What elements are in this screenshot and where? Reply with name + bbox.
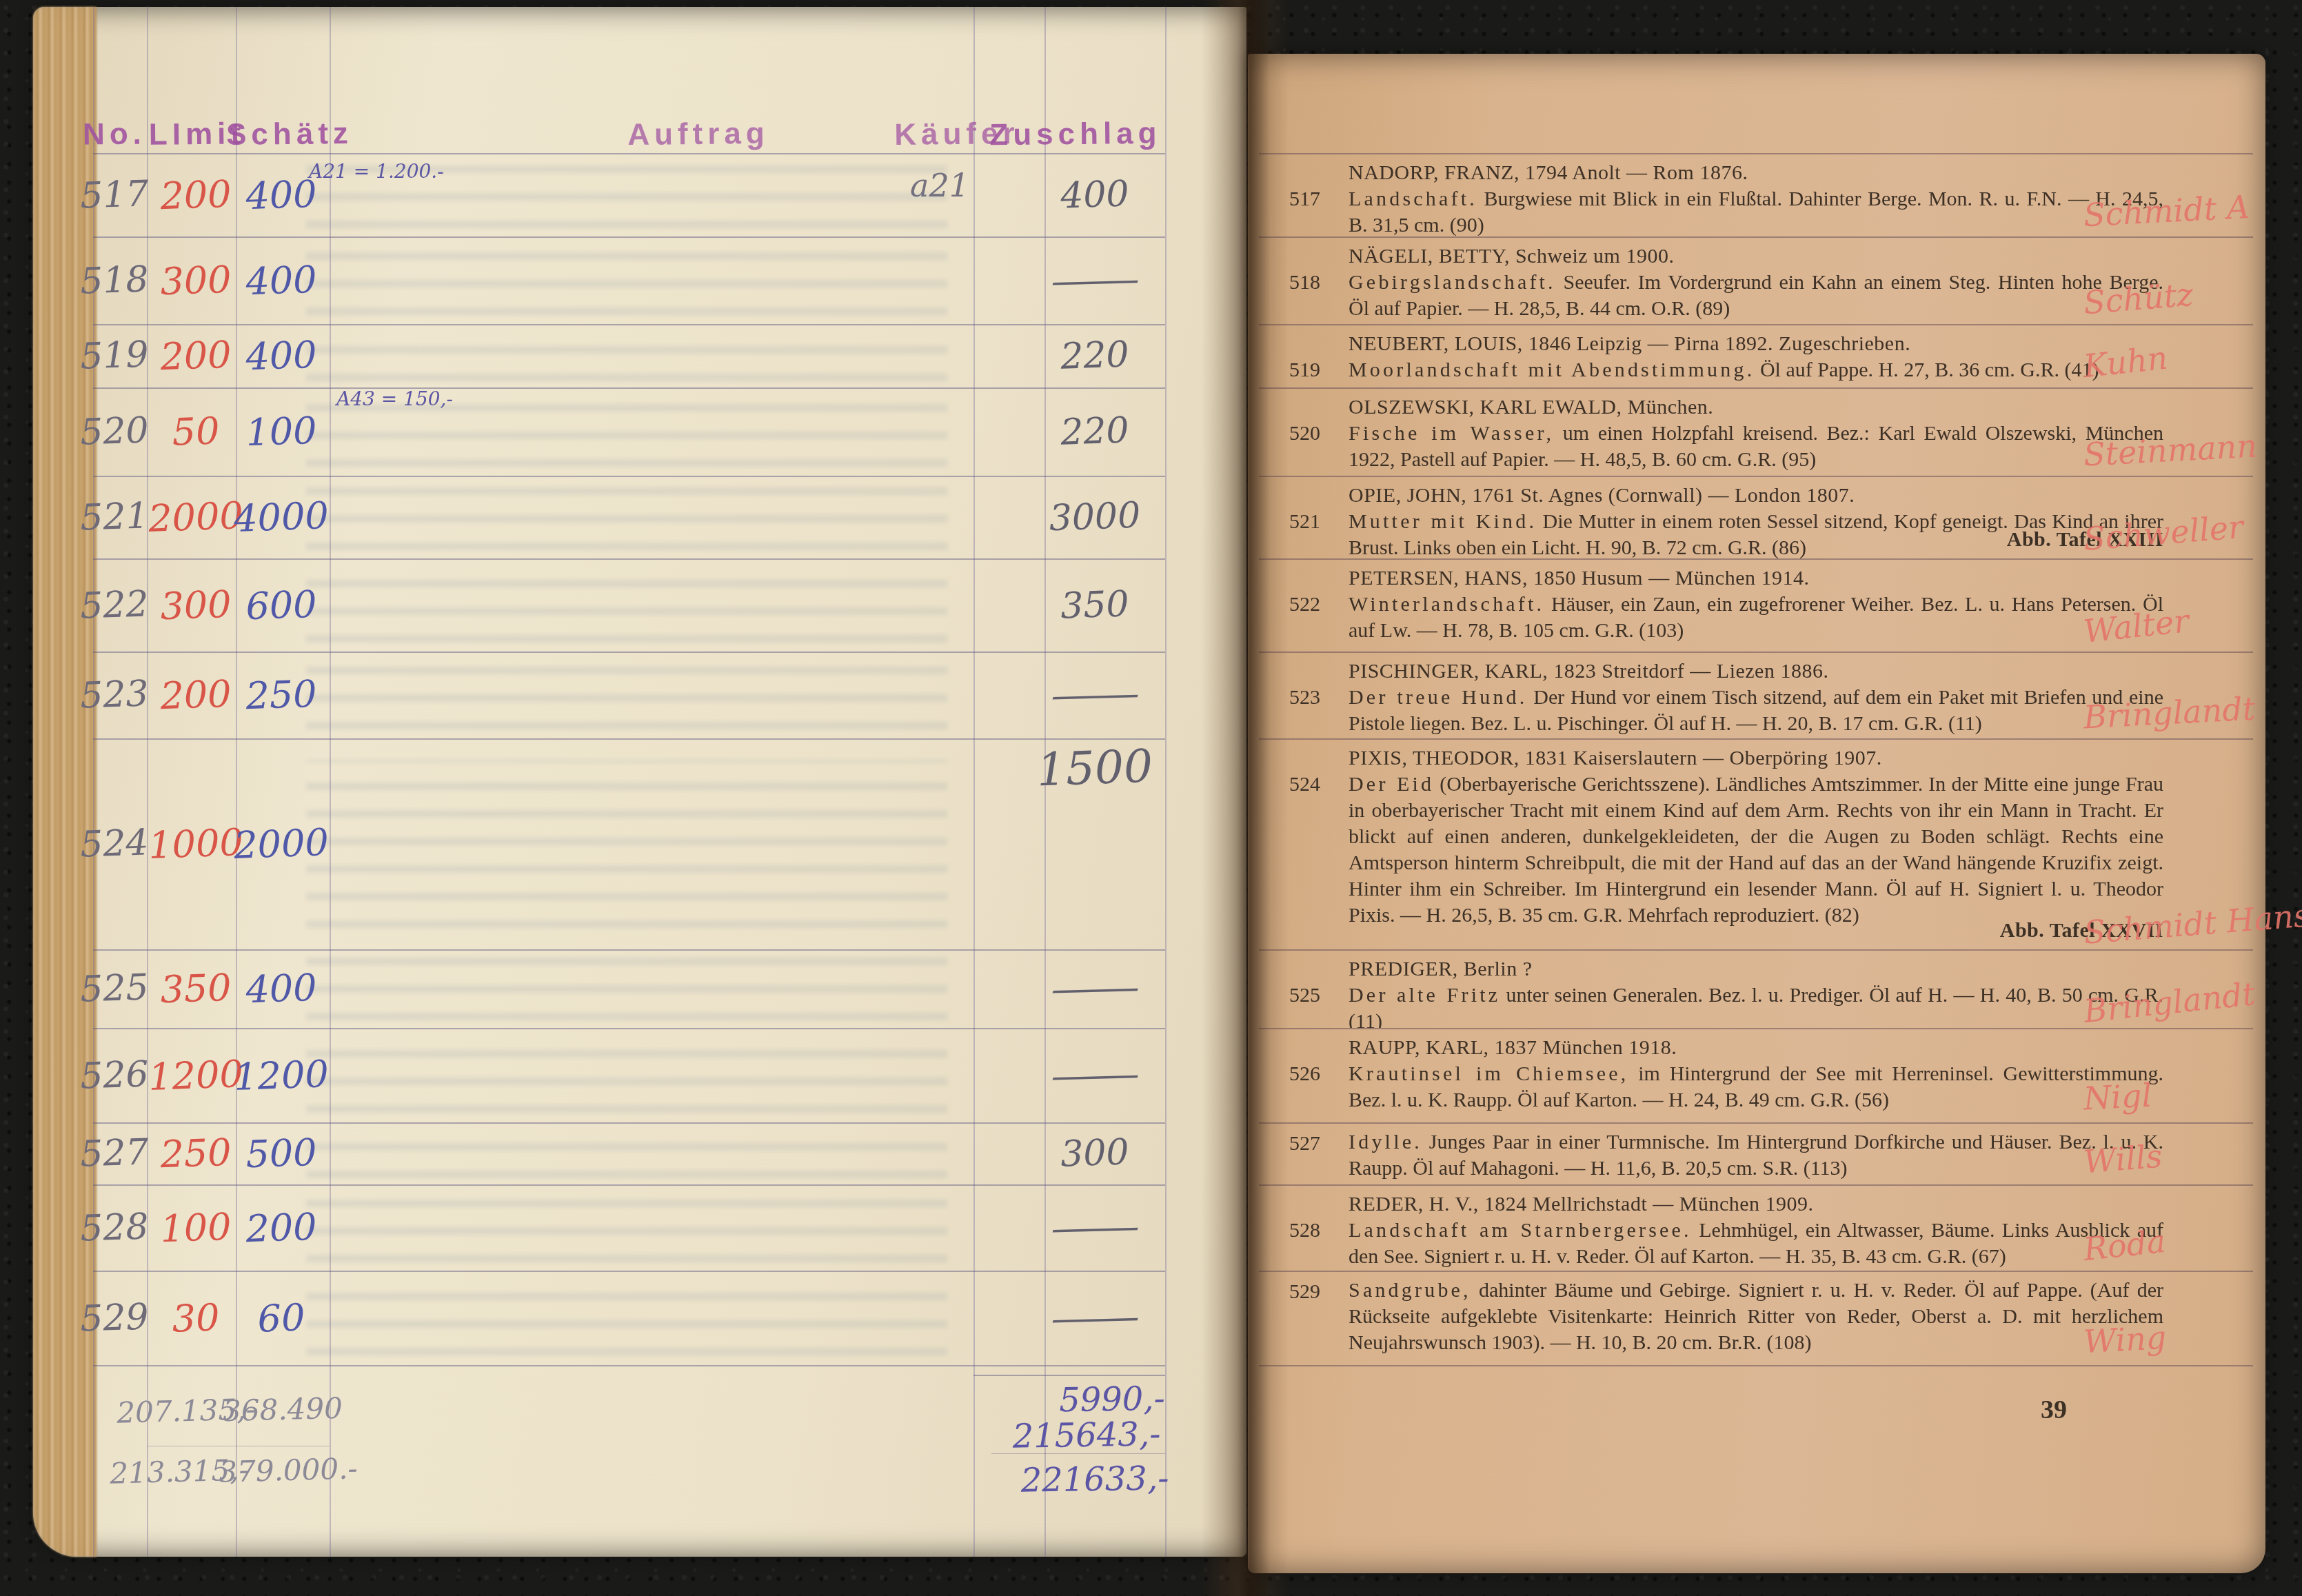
ink-bleed-through	[306, 1129, 947, 1178]
lot-details: (Oberbayerische Gerichtsszene). Ländlich…	[1349, 773, 2163, 927]
lot-description: Landschaft. Burgwiese mit Blick in ein F…	[1349, 186, 2163, 236]
ledger-row: 518 300 400 —	[33, 236, 1246, 324]
ledger-cell-limit: 1200	[148, 1052, 244, 1099]
ink-bleed-through	[306, 1280, 947, 1356]
ledger-row: 523 200 250 —	[33, 651, 1246, 738]
ink-bleed-through	[306, 161, 947, 228]
ledger-cell-schaetz: 500	[245, 1131, 317, 1177]
ledger-cell-limit: 300	[159, 257, 232, 303]
lot-title: Idylle.	[1349, 1131, 1422, 1153]
ledger-row: 520 50 100 220	[33, 387, 1246, 476]
lot-details: Öl auf Pappe. H. 27, B. 36 cm. G.R. (41)	[1760, 358, 2099, 381]
ledger-cell-zuschlag: 3000	[1049, 495, 1141, 540]
ledger-row: 522 300 600 350	[33, 558, 1246, 651]
ledger-cell-schaetz: 250	[245, 672, 317, 718]
ledger-cell-schaetz: 400	[245, 966, 317, 1012]
artist-line: PETERSEN, HANS, 1850 Husum — München 191…	[1349, 565, 2265, 592]
ledger-hrule	[93, 324, 1165, 325]
zuschlag-grand-total: 221633,-	[1020, 1459, 1169, 1500]
ledger-cell-no: 521	[79, 495, 149, 538]
ledger-hrule	[93, 738, 1165, 740]
lot-description: Landschaft am Starnbergersee. Lehmhügel,…	[1349, 1218, 2163, 1270]
ledger-cell-no: 529	[79, 1296, 149, 1340]
lot-number: 523	[1289, 685, 1342, 711]
ledger-cell-zuschlag: 350	[1060, 583, 1129, 627]
ledger-cell-limit: 200	[159, 172, 232, 218]
ledger-cell-no: 522	[79, 583, 149, 627]
lot-description: Der Eid (Oberbayerische Gerichtsszene). …	[1349, 771, 2163, 929]
ink-bleed-through	[306, 1038, 947, 1113]
lot-description: Der alte Fritz unter seinen Generalen. B…	[1349, 982, 2163, 1028]
ledger-cell-zuschlag: —	[1044, 1206, 1145, 1249]
lot-number: 520	[1289, 421, 1342, 447]
zuschlag-carry: 215643,-	[1012, 1415, 1161, 1456]
ledger-row: 525 350 400 —	[33, 949, 1246, 1028]
lot-title: Landschaft.	[1349, 188, 1477, 210]
ledger-cell-schaetz: 400	[245, 172, 317, 218]
lot-title: Fische im Wasser,	[1349, 422, 1554, 445]
ledger-cell-zuschlag: 220	[1060, 410, 1129, 453]
lot-description: Winterlandschaft. Häuser, ein Zaun, ein …	[1349, 592, 2163, 644]
ledger-cell-schaetz: 200	[245, 1204, 317, 1251]
totals-rule	[147, 1446, 330, 1446]
artist-line: RAUPP, KARL, 1837 München 1918.	[1349, 1035, 2265, 1061]
ledger-hrule	[93, 558, 1165, 560]
lot-number: 526	[1289, 1061, 1342, 1087]
ledger-cell-schaetz: 600	[245, 582, 317, 628]
catalog-hrule	[1259, 1365, 2253, 1366]
zuschlag-sum: 5990,-	[1059, 1380, 1166, 1420]
ledger-cell-limit: 250	[159, 1131, 232, 1177]
ledger-cell-no: 518	[79, 259, 149, 302]
lot-title: Krautinsel im Chiemsee,	[1349, 1062, 1629, 1085]
ledger-hrule	[93, 1184, 1165, 1186]
lot-description: Der treue Hund. Der Hund vor einem Tisch…	[1349, 685, 2163, 737]
lot-number: 525	[1289, 982, 1342, 1009]
ledger-cell-no: 523	[79, 673, 149, 716]
ledger-cell-schaetz: 4000	[233, 494, 330, 541]
ledger-row: 517 200 400 400	[33, 153, 1246, 236]
ink-bleed-through	[306, 330, 947, 381]
column-header-no: No.	[83, 117, 146, 152]
ink-bleed-through	[306, 396, 947, 467]
zuschlag-totals-rule	[973, 1375, 1165, 1376]
ledger-cell-zuschlag: 1500	[1036, 739, 1154, 796]
zuschlag-totals-rule2	[991, 1453, 1165, 1454]
ledger-cell-schaetz: 400	[245, 257, 317, 303]
lot-number: 517	[1289, 186, 1342, 212]
lot-number: 529	[1289, 1279, 1342, 1305]
column-header-schaetz: Schätz	[226, 117, 353, 152]
lot-number: 522	[1289, 592, 1342, 618]
lot-title: Mutter mit Kind.	[1349, 510, 1537, 533]
ledger-cell-no: 526	[79, 1053, 149, 1097]
ledger-cell-schaetz: 400	[245, 333, 317, 379]
ledger-cell-zuschlag: 300	[1060, 1131, 1129, 1175]
buyer-annotation: Wing	[2083, 1319, 2168, 1360]
column-header-auftrag: Auftrag	[627, 117, 769, 152]
ledger-row: 519 200 400 220	[33, 324, 1246, 387]
ledger-cell-schaetz: 1200	[233, 1052, 330, 1099]
ledger-hrule	[93, 1028, 1165, 1029]
lot-description: Idylle. Junges Paar in einer Turmnische.…	[1349, 1129, 2163, 1182]
ledger-cell-zuschlag: —	[1044, 967, 1145, 1010]
ledger-hrule	[93, 1365, 1165, 1366]
artist-line: NADORP, FRANZ, 1794 Anolt — Rom 1876.	[1349, 160, 2265, 186]
artist-line: PREDIGER, Berlin ?	[1349, 956, 2265, 982]
ink-bleed-through	[306, 484, 947, 550]
ledger-hrule	[93, 651, 1165, 653]
lot-description: Krautinsel im Chiemsee, im Hintergrund d…	[1349, 1061, 2163, 1113]
ledger-cell-limit: 200	[159, 672, 232, 718]
lot-description: Moorlandschaft mit Abendstimmung. Öl auf…	[1349, 357, 2163, 383]
lot-title: Winterlandschaft.	[1349, 593, 1544, 616]
ink-bleed-through	[306, 957, 947, 1020]
ink-bleed-through	[306, 245, 947, 316]
lot-number: 521	[1289, 509, 1342, 535]
ledger-cell-limit: 30	[172, 1295, 221, 1340]
ledger-cell-no: 527	[79, 1131, 149, 1175]
lot-number: 524	[1289, 771, 1342, 798]
lot-details: dahinter Bäume und Gebirge. Signiert r. …	[1349, 1279, 2163, 1354]
artist-line: PIXIS, THEODOR, 1831 Kaiserslautern — Ob…	[1349, 745, 2265, 771]
ledger-cell-zuschlag: —	[1044, 259, 1145, 302]
ledger-cell-zuschlag: —	[1044, 673, 1145, 716]
buyer-annotation: Wills	[2082, 1138, 2163, 1181]
ledger-hrule	[93, 153, 1165, 154]
lot-description: Fische im Wasser, um einen Holzpfahl kre…	[1349, 421, 2163, 473]
ledger-cell-schaetz: 100	[245, 409, 317, 455]
ledger-cell-no: 525	[79, 967, 149, 1010]
ledger-cell-no: 517	[79, 173, 149, 216]
artist-line: REDER, H. V., 1824 Mellrichstadt — Münch…	[1349, 1191, 2265, 1218]
lot-title: Der Eid	[1349, 773, 1434, 796]
ledger-cell-no: 524	[79, 822, 149, 865]
lot-title: Sandgrube,	[1349, 1279, 1471, 1302]
ledger-row: 527 250 500 300	[33, 1122, 1246, 1184]
lot-details: Junges Paar in einer Turmnische. Im Hint…	[1349, 1131, 2163, 1180]
lot-title: Moorlandschaft mit Abendstimmung.	[1349, 358, 1755, 381]
artist-line: NÄGELI, BETTY, Schweiz um 1900.	[1349, 243, 2265, 270]
ink-bleed-through	[306, 1193, 947, 1262]
ledger-cell-zuschlag: 400	[1060, 173, 1129, 216]
ledger-row: 521 2000 4000 3000	[33, 476, 1246, 558]
ledger-hrule	[93, 476, 1165, 477]
ledger-hrule	[93, 1271, 1165, 1272]
buyer-annotation: Nigl	[2083, 1076, 2153, 1117]
schaetz-subtotal: 368.490	[223, 1391, 343, 1428]
ledger-cell-limit: 200	[159, 333, 232, 379]
ledger-cell-limit: 2000	[148, 494, 244, 541]
ledger-cell-zuschlag: —	[1044, 1296, 1145, 1340]
lot-title: Der treue Hund.	[1349, 686, 1528, 709]
ledger-hrule	[93, 1122, 1165, 1124]
ledger-hrule	[93, 236, 1165, 238]
ledger-cell-limit: 300	[159, 582, 232, 628]
ink-bleed-through	[306, 660, 947, 730]
lot-number: 519	[1289, 357, 1342, 383]
schaetz-total: 379.000.-	[219, 1451, 358, 1488]
ledger-hrule	[93, 387, 1165, 389]
lot-title: Landschaft am Starnbergersee.	[1349, 1219, 1692, 1242]
ledger-row: 526 1200 1200 —	[33, 1028, 1246, 1122]
artist-line: OLSZEWSKI, KARL EWALD, München.	[1349, 394, 2265, 421]
ledger-cell-no: 528	[79, 1206, 149, 1249]
lot-number: 527	[1289, 1131, 1342, 1157]
artist-line: PISCHINGER, KARL, 1823 Streitdorf — Liez…	[1349, 658, 2265, 685]
ledger-cell-schaetz: 60	[257, 1295, 306, 1340]
ink-bleed-through	[306, 760, 947, 929]
ledger-hrule	[93, 949, 1165, 951]
lot-description: Sandgrube, dahinter Bäume und Gebirge. S…	[1349, 1277, 2163, 1356]
ledger-cell-limit: 50	[172, 409, 221, 454]
lot-number: 518	[1289, 270, 1342, 296]
column-header-zuschlag: Zuschlag	[989, 117, 1162, 153]
lot-description: Gebirgslandschaft. Seeufer. Im Vordergru…	[1349, 270, 2163, 322]
ledger-cell-limit: 1000	[148, 820, 244, 867]
ledger-page-left: No. LImit Schätz Auftrag Käufer Zuschlag…	[33, 7, 1246, 1557]
lot-title: Der alte Fritz	[1349, 984, 1500, 1007]
ledger-cell-zuschlag: 220	[1060, 334, 1129, 377]
ledger-row: 524 1000 2000 1500	[33, 738, 1246, 949]
lot-title: Gebirgslandschaft.	[1349, 271, 1556, 294]
auction-ledger-spread: No. LImit Schätz Auftrag Käufer Zuschlag…	[0, 0, 2302, 1596]
ledger-cell-limit: 350	[159, 966, 232, 1012]
ledger-cell-zuschlag: —	[1044, 1053, 1145, 1097]
ledger-cell-limit: 100	[159, 1204, 232, 1251]
lot-number: 528	[1289, 1218, 1342, 1244]
ledger-cell-no: 519	[79, 334, 149, 377]
ledger-row: 529 30 60 —	[33, 1271, 1246, 1365]
ledger-cell-no: 520	[79, 410, 149, 453]
ledger-row: 528 100 200 —	[33, 1184, 1246, 1271]
catalog-page-right: NADORP, FRANZ, 1794 Anolt — Rom 1876. La…	[1248, 54, 2265, 1573]
page-number: 39	[2041, 1395, 2067, 1425]
ink-bleed-through	[306, 568, 947, 643]
ledger-cell-schaetz: 2000	[233, 820, 330, 867]
artist-line: OPIE, JOHN, 1761 St. Agnes (Cornwall) — …	[1349, 483, 2265, 509]
